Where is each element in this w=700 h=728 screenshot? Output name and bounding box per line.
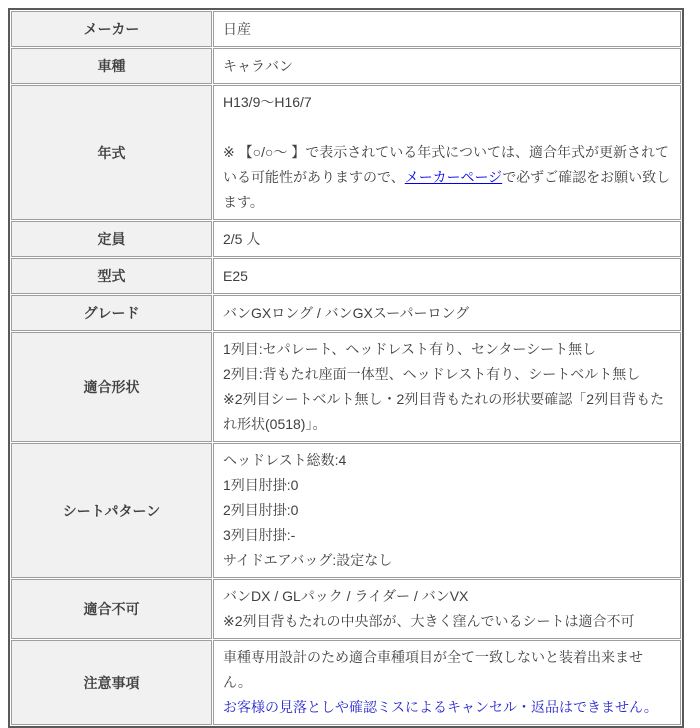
maker-label: メーカー [11, 11, 212, 47]
model-label: 車種 [11, 48, 212, 84]
seat-pattern-value: ヘッドレスト総数:4 1列目肘掛:0 2列目肘掛:0 3列目肘掛:- サイドエア… [213, 443, 681, 578]
grade-label: グレード [11, 295, 212, 331]
grade-value-text: バンGXロング / バンGXスーパーロング [223, 301, 671, 326]
not-compatible-line-2: ※2列目背もたれの中央部が、大きく窪んでいるシートは適合不可 [223, 609, 671, 634]
fit-shape-line-3: ※2列目シートベルト無し・2列目背もたれの形状要確認「2列目背もたれ形状(051… [223, 387, 671, 437]
year-note: ※ 【○/○～ 】で表示されている年式については、適合年式が更新されている可能性… [223, 140, 671, 215]
fit-shape-line-1: 1列目:セパレート、ヘッドレスト有り、センターシート無し [223, 337, 671, 362]
table-row-capacity: 定員 2/5 人 [11, 221, 681, 257]
model-code-label: 型式 [11, 258, 212, 294]
maker-value-text: 日産 [223, 17, 671, 42]
table-row-year: 年式 H13/9～H16/7 ※ 【○/○～ 】で表示されている年式については、… [11, 85, 681, 220]
model-value-text: キャラバン [223, 54, 671, 79]
table-row-not-compatible: 適合不可 バンDX / GLパック / ライダー / バンVX ※2列目背もたれ… [11, 579, 681, 639]
model-value: キャラバン [213, 48, 681, 84]
notes-line-1: 車種専用設計のため適合車種項目が全て一致しないと装着出来ません。 [223, 645, 671, 695]
year-range-text: H13/9～H16/7 [223, 90, 671, 115]
notes-line-2-warning: お客様の見落としや確認ミスによるキャンセル・返品はできません。 [223, 695, 671, 720]
vehicle-spec-table: メーカー 日産 車種 キャラバン 年式 H13/9～H16/7 ※ 【○/○～ … [8, 8, 684, 728]
table-row-model-code: 型式 E25 [11, 258, 681, 294]
seat-pattern-line-4: 3列目肘掛:- [223, 523, 671, 548]
table-row-notes: 注意事項 車種専用設計のため適合車種項目が全て一致しないと装着出来ません。 お客… [11, 640, 681, 725]
seat-pattern-line-1: ヘッドレスト総数:4 [223, 448, 671, 473]
seat-pattern-line-2: 1列目肘掛:0 [223, 473, 671, 498]
model-code-value-text: E25 [223, 264, 671, 289]
notes-label: 注意事項 [11, 640, 212, 725]
year-label: 年式 [11, 85, 212, 220]
not-compatible-value: バンDX / GLパック / ライダー / バンVX ※2列目背もたれの中央部が… [213, 579, 681, 639]
seat-pattern-line-3: 2列目肘掛:0 [223, 498, 671, 523]
fit-shape-label: 適合形状 [11, 332, 212, 442]
table-row-fit-shape: 適合形状 1列目:セパレート、ヘッドレスト有り、センターシート無し 2列目:背も… [11, 332, 681, 442]
not-compatible-label: 適合不可 [11, 579, 212, 639]
fit-shape-value: 1列目:セパレート、ヘッドレスト有り、センターシート無し 2列目:背もたれ座面一… [213, 332, 681, 442]
model-code-value: E25 [213, 258, 681, 294]
grade-value: バンGXロング / バンGXスーパーロング [213, 295, 681, 331]
seat-pattern-label: シートパターン [11, 443, 212, 578]
maker-page-link[interactable]: メーカーページ [405, 169, 502, 185]
seat-pattern-line-5: サイドエアバッグ:設定なし [223, 548, 671, 573]
table-row-seat-pattern: シートパターン ヘッドレスト総数:4 1列目肘掛:0 2列目肘掛:0 3列目肘掛… [11, 443, 681, 578]
table-row-grade: グレード バンGXロング / バンGXスーパーロング [11, 295, 681, 331]
capacity-label: 定員 [11, 221, 212, 257]
table-row-model: 車種 キャラバン [11, 48, 681, 84]
notes-value: 車種専用設計のため適合車種項目が全て一致しないと装着出来ません。 お客様の見落と… [213, 640, 681, 725]
maker-value: 日産 [213, 11, 681, 47]
fit-shape-line-2: 2列目:背もたれ座面一体型、ヘッドレスト有り、シートベルト無し [223, 362, 671, 387]
year-value: H13/9～H16/7 ※ 【○/○～ 】で表示されている年式については、適合年… [213, 85, 681, 220]
table-row-maker: メーカー 日産 [11, 11, 681, 47]
not-compatible-line-1: バンDX / GLパック / ライダー / バンVX [223, 584, 671, 609]
capacity-value-text: 2/5 人 [223, 227, 671, 252]
capacity-value: 2/5 人 [213, 221, 681, 257]
